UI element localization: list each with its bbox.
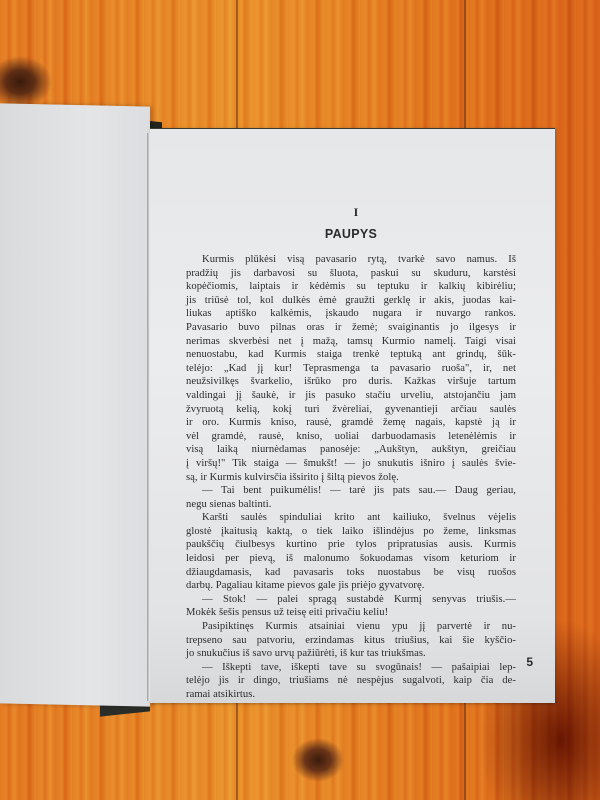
text-line: negu sienas baltinti. xyxy=(186,498,516,512)
text-line: są, ir Kurmis kulvirsčia išsirito į šilt… xyxy=(186,471,516,485)
text-line: Pasipiktinęs Kurmis atsainiai vienu ypu … xyxy=(186,620,516,634)
chapter-title: PAUPYS xyxy=(186,227,516,241)
text-line: paukščių čiulbesys kurtino prie tylos pr… xyxy=(186,538,516,552)
text-line: pradžių jis darbavosi su šluota, paskui … xyxy=(186,267,516,281)
text-line: jis triūsė tol, kol dulkės ėmė graužti g… xyxy=(186,294,516,308)
body-text: Kurmis plūkėsi visą pavasario rytą, tvar… xyxy=(186,253,516,702)
text-line: leidosi per pievą, iš malonumo šokuodama… xyxy=(186,552,516,566)
left-page-blank xyxy=(0,103,150,706)
text-line: — Tai bent puikumėlis! — tarė jis pats s… xyxy=(186,484,516,498)
text-line: — Stok! — palei spragą sustabdė Kurmį se… xyxy=(186,593,516,607)
page-text-block: I PAUPYS Kurmis plūkėsi visą pavasario r… xyxy=(186,205,516,702)
text-line: nerimas skverbėsi net į mažą, tamsų Kurm… xyxy=(186,335,516,349)
paragraph: — Tai bent puikumėlis! — tarė jis pats s… xyxy=(186,484,516,511)
text-line: valdingai jį šaukė, ir jis pasuko stačiu… xyxy=(186,389,516,403)
text-line: vėl gramdė, rausė, kniso, uoliai darbuod… xyxy=(186,430,516,444)
text-line: Karšti saulės spinduliai krito ant kaili… xyxy=(186,511,516,525)
paragraph: Pasipiktinęs Kurmis atsainiai vienu ypu … xyxy=(186,620,516,661)
text-line: Kurmis plūkėsi visą pavasario rytą, tvar… xyxy=(186,253,516,267)
text-line: jo snukučius iš savo urvų pažiūrėti, iš … xyxy=(186,647,516,661)
book-spine-gutter xyxy=(147,133,150,701)
text-line: Pavasario buvo pilnas oras ir žemė; svai… xyxy=(186,321,516,335)
paragraph: Kurmis plūkėsi visą pavasario rytą, tvar… xyxy=(186,253,516,484)
text-line: nenuostabu, kad Kurmis staiga trenkė tep… xyxy=(186,348,516,362)
paragraph: — Stok! — palei spragą sustabdė Kurmį se… xyxy=(186,593,516,620)
text-line: telėjo jis ir dingo, triušiams nė nespėj… xyxy=(186,674,516,688)
text-line: liukas aptiško kalkėmis, įskaudo nugara … xyxy=(186,307,516,321)
text-line: ir oro. Kurmis kniso, rausė, gramdė žemę… xyxy=(186,416,516,430)
right-page: I PAUPYS Kurmis plūkėsi visą pavasario r… xyxy=(150,128,555,703)
text-line: Mokėk šešis pensus už teisę eiti privači… xyxy=(186,606,516,620)
text-line: visą laiką niurnėdamas panosėje: „Aukšty… xyxy=(186,443,516,457)
text-line: kopėčiomis, laiptais ir kėdėmis su teptu… xyxy=(186,280,516,294)
text-line: darbų. Pagaliau kitame pievos gale jis p… xyxy=(186,579,516,593)
text-line: žvyruotą kelią, kokį turi žvėreliai, gyv… xyxy=(186,403,516,417)
paragraph: — Iškepti tave, iškepti tave su svogūnai… xyxy=(186,661,516,702)
text-line: glostė įkaitusią kaktą, o tiek laiko išl… xyxy=(186,525,516,539)
text-line: į viršų!" Tik staiga — šmukšt! — jo snuk… xyxy=(186,457,516,471)
text-line: telėjo: „Kad jį kur! Teprasmenga ta pava… xyxy=(186,362,516,376)
text-line: džiaugdamasis, kad pavasaris toks nuosta… xyxy=(186,566,516,580)
text-line: trepseno sau patvoriu, erzindamas kitus … xyxy=(186,634,516,648)
chapter-number: I xyxy=(186,205,516,219)
paragraph: Karšti saulės spinduliai krito ant kaili… xyxy=(186,511,516,593)
text-line: ramai atsikirtus. xyxy=(186,688,516,702)
page-number: 5 xyxy=(526,655,533,669)
text-line: — Iškepti tave, iškepti tave su svogūnai… xyxy=(186,661,516,675)
text-line: neužsivilkęs švarkelio, išrūko pro duris… xyxy=(186,375,516,389)
